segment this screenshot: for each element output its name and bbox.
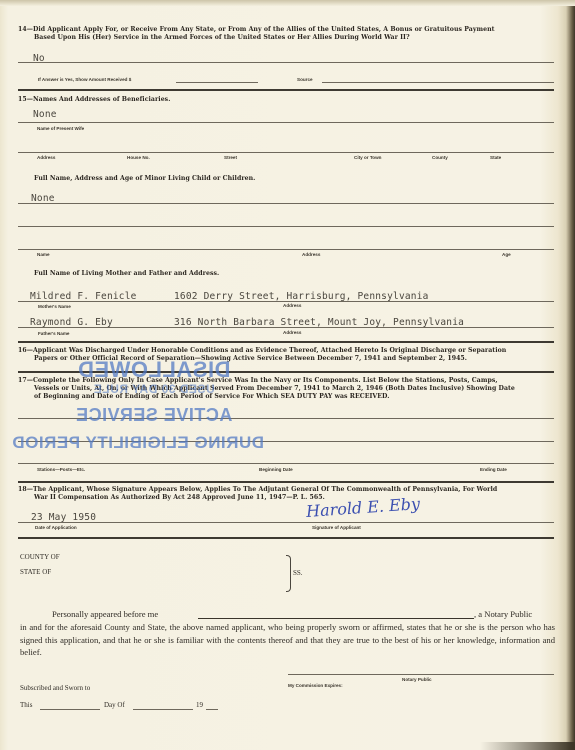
month-field[interactable] <box>133 709 193 710</box>
notary-signature-line[interactable] <box>288 674 554 675</box>
date-signature-line <box>18 522 554 523</box>
child-name-label: Name <box>37 252 50 257</box>
city-label: City or Town <box>354 155 381 160</box>
commission-expires-label: My Commission Expires: <box>288 683 343 688</box>
q14-amount-field[interactable] <box>176 82 258 83</box>
ending-date-label: Ending Date <box>480 467 507 472</box>
beginning-date-label: Beginning Date <box>259 467 293 472</box>
mother-name-label: Mother's Name <box>38 304 71 309</box>
day-field[interactable] <box>40 709 100 710</box>
wife-name-value[interactable]: None <box>33 109 57 120</box>
children-title: Full Name, Address and Age of Minor Livi… <box>34 175 255 183</box>
form-page: 14—Did Applicant Apply For, or Receive F… <box>0 0 575 750</box>
children-line-3[interactable] <box>18 249 554 250</box>
day-of-label: Day Of <box>104 701 125 709</box>
q14-question-line2: Based Upon His (Her) Service in the Arme… <box>18 34 554 42</box>
address-label: Address <box>37 155 55 160</box>
street-label: Street <box>224 155 237 160</box>
section-divider <box>18 341 554 343</box>
ss-bracket <box>286 555 291 592</box>
wife-name-line <box>18 122 554 123</box>
notary-public-label: Notary Public <box>402 677 432 682</box>
q18-line1: 18—The Applicant, Whose Signature Appear… <box>18 486 497 493</box>
disallowed-stamp: DISALLOWED USED 30 DAY RULE ACTIVE SERVI… <box>44 355 264 465</box>
this-label: This <box>20 701 32 709</box>
state-label: State <box>490 155 501 160</box>
section-divider <box>18 89 554 91</box>
year-field[interactable] <box>206 709 218 710</box>
year-prefix: 19 <box>196 701 203 709</box>
stations-label: Stations—Posts—Etc. <box>37 467 85 472</box>
section-divider <box>18 481 554 483</box>
stamp-line-disallowed: DISALLOWED <box>44 357 264 383</box>
application-date-label: Date of Application <box>35 525 77 530</box>
children-line-2[interactable] <box>18 226 554 227</box>
state-of-label: STATE OF <box>20 568 51 576</box>
mother-address-label: Address <box>283 303 301 308</box>
subscribed-label: Subscribed and Sworn to <box>20 684 90 692</box>
father-name-label: Father's Name <box>38 331 69 336</box>
notary-name-field[interactable] <box>198 618 474 619</box>
child-address-label: Address <box>302 252 320 257</box>
page-edge-shadow <box>0 0 575 6</box>
child-age-label: Age <box>502 252 511 257</box>
page-corner-shadow <box>480 742 575 750</box>
q14-source-field[interactable] <box>322 82 554 83</box>
q14-question-line1: 14—Did Applicant Apply For, or Receive F… <box>18 26 495 33</box>
q14-answer-line <box>18 62 554 63</box>
signature-label: Signature of Applicant <box>312 525 361 530</box>
stamp-line-eligibility: DURING ELIGIBILITY PERIOD <box>44 433 264 453</box>
ss-label: SS. <box>293 569 303 577</box>
mother-line <box>18 301 554 302</box>
children-line-1[interactable] <box>18 203 554 204</box>
stamp-line-active-service: ACTIVE SERVICE <box>44 405 264 426</box>
wife-address-line[interactable] <box>18 152 554 153</box>
county-of-label: COUNTY OF <box>20 553 60 561</box>
wife-name-label: Name of Present Wife <box>37 126 84 131</box>
q14-source-label: Source <box>297 77 313 82</box>
q16-line1: 16—Applicant Was Discharged Under Honora… <box>18 347 506 354</box>
q18-text: 18—The Applicant, Whose Signature Appear… <box>18 486 554 502</box>
notary-para-start: Personally appeared before me <box>52 608 158 621</box>
parents-title: Full Name of Living Mother and Father an… <box>34 270 219 278</box>
q15-title: 15—Names And Addresses of Beneficiaries. <box>18 96 170 104</box>
father-address-label: Address <box>283 330 301 335</box>
house-no-label: House No. <box>127 155 150 160</box>
county-label: County <box>432 155 448 160</box>
q18-line2: War II Compensation As Authorized By Act… <box>18 494 554 502</box>
stamp-line-rule: USED 30 DAY RULE <box>44 382 264 396</box>
q14-amount-label: If Answer is Yes, Show Amount Received $ <box>38 77 131 82</box>
father-line <box>18 327 554 328</box>
notary-paragraph: in and for the aforesaid County and Stat… <box>20 621 555 659</box>
section-divider <box>18 537 554 539</box>
q14-question: 14—Did Applicant Apply For, or Receive F… <box>18 26 554 42</box>
notary-para-end: , a Notary Public <box>474 608 532 621</box>
